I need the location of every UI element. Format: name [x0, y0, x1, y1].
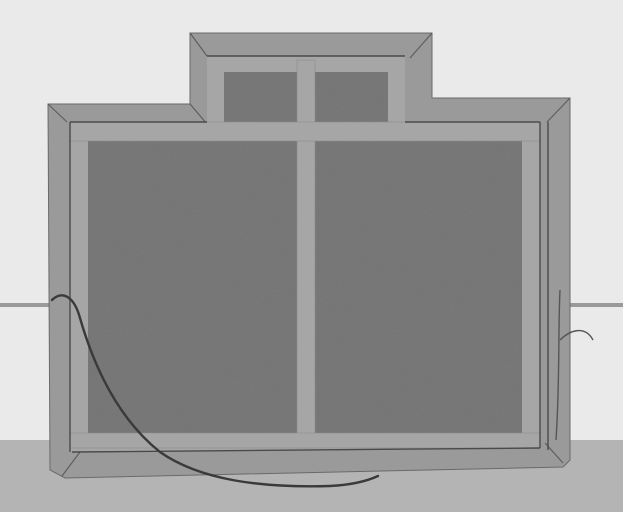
- frame-photo: [0, 0, 623, 512]
- photo-scene: [0, 0, 623, 512]
- center-vertical-brace: [297, 60, 315, 448]
- horizontal-brace: [70, 122, 540, 141]
